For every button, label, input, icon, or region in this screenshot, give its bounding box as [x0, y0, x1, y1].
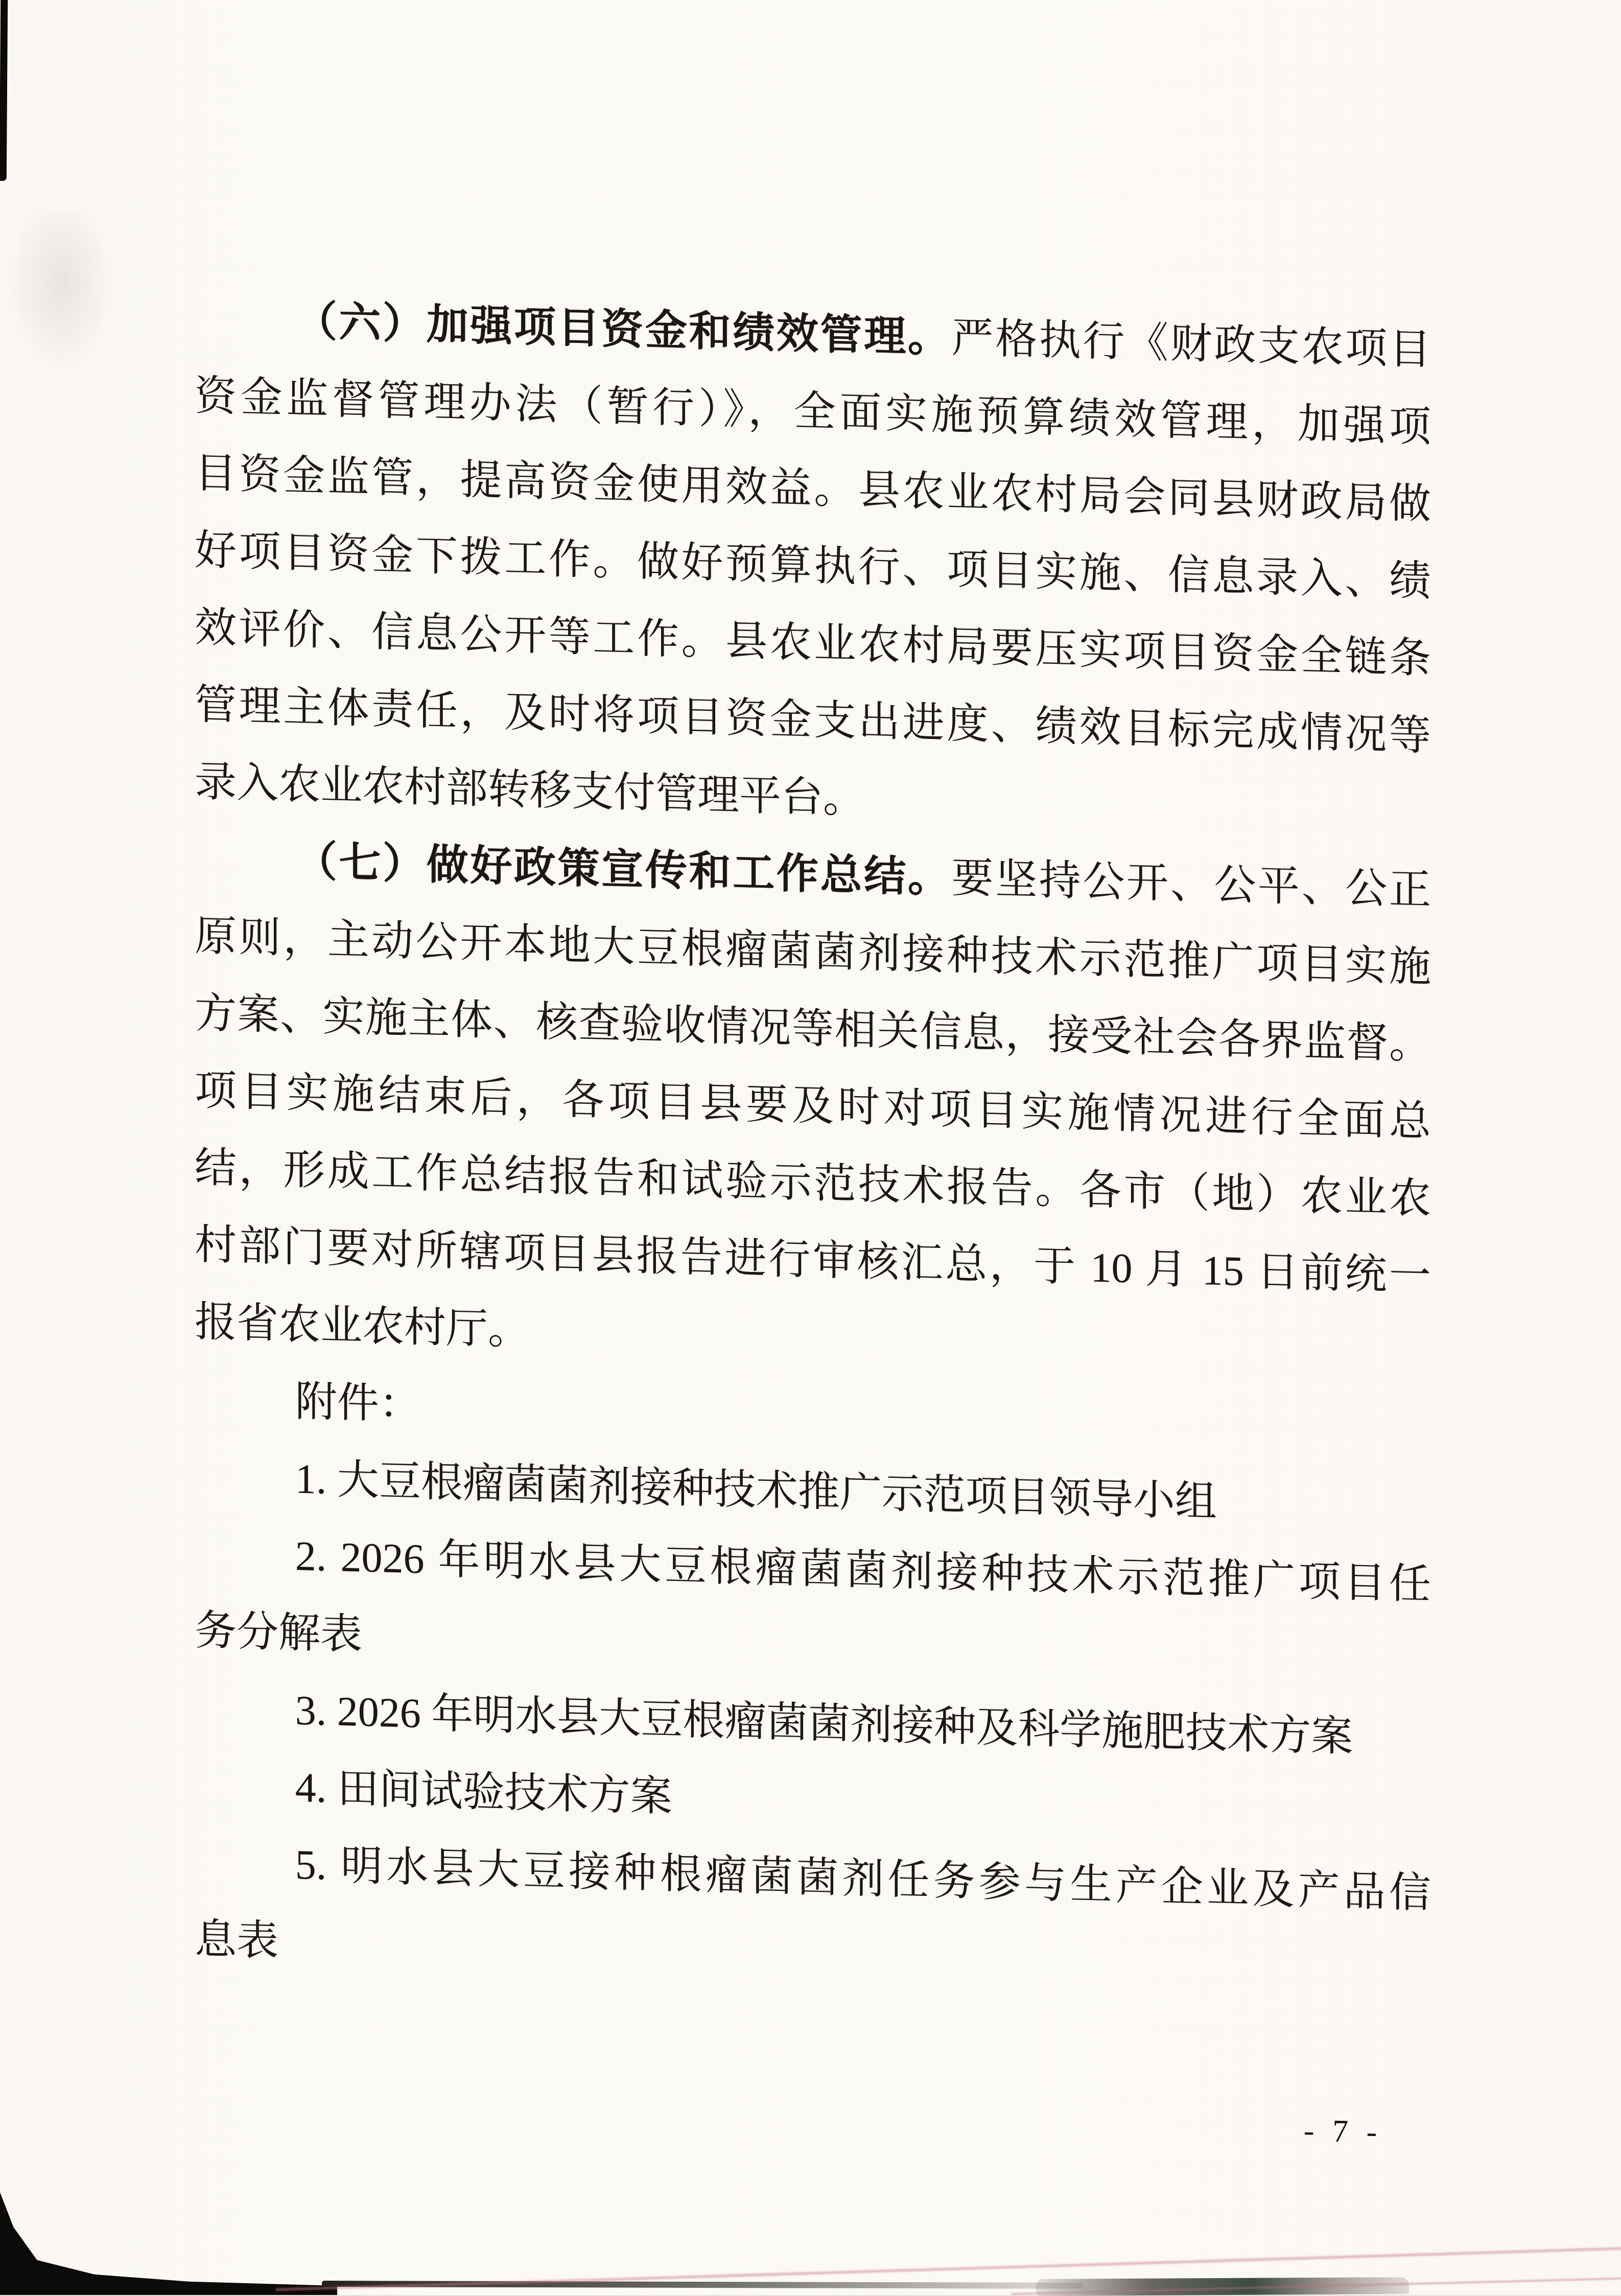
scan-artifact-bottom-smudge: [1036, 2277, 1409, 2295]
body-text: 附件：: [295, 1378, 421, 1428]
body-text: 严格执行《财政支农项目: [952, 315, 1431, 374]
body-text: 2. 2026 年明水县大豆根瘤菌菌剂接种技术示范推广项目任: [295, 1533, 1431, 1608]
scan-artifact-bottom-left-shadow: [0, 2192, 337, 2295]
scan-artifact-pink-line-lower: [1012, 2277, 1621, 2295]
para-publicity-summary: （七）做好政策宣传和工作总结。要坚持公开、公平、公正原则，主动公开本地大豆根瘤菌…: [195, 820, 1431, 1391]
body-text: 5. 明水县大豆接种根瘤菌菌剂任务参与生产企业及产品信: [295, 1841, 1431, 1916]
body-text: 息表: [195, 1916, 278, 1964]
para-attachments-list: 1. 大豆根瘤菌菌剂接种技术推广示范项目领导小组2. 2026 年明水县大豆根瘤…: [195, 1437, 1431, 2009]
scan-artifact-bottom-edge-line: [322, 2281, 1083, 2289]
body-text: 报省农业农村厅。: [195, 1298, 530, 1354]
body-text: 务分解表: [195, 1607, 362, 1658]
body-text: 1. 大豆根瘤菌菌剂接种技术推广示范项目领导小组: [295, 1455, 1217, 1525]
scan-artifact-top-left-smudge: [8, 210, 115, 373]
page-number: - 7 -: [1303, 2113, 1382, 2150]
heading-text: （六）加强项目资金和绩效管理。: [295, 298, 952, 361]
scanned-document-page: （六）加强项目资金和绩效管理。严格执行《财政支农项目资金监督管理办法（暂行）》，…: [0, 0, 1621, 2295]
para-strengthen-funds: （六）加强项目资金和绩效管理。严格执行《财政支农项目资金监督管理办法（暂行）》，…: [195, 280, 1431, 851]
scan-artifact-top-left-bar: [0, 0, 8, 181]
body-text: 要坚持公开、公平、公正: [952, 855, 1431, 914]
body-text: 3. 2026 年明水县大豆根瘤菌菌剂接种及科学施肥技术方案: [295, 1687, 1353, 1760]
document-body: （六）加强项目资金和绩效管理。严格执行《财政支农项目资金监督管理办法（暂行）》，…: [195, 280, 1431, 2009]
scan-artifact-pink-line-upper: [276, 2246, 1621, 2291]
body-text: 录入农业农村部转移支付管理平台。: [195, 758, 865, 822]
body-text: 4. 田间试验技术方案: [295, 1764, 672, 1820]
heading-text: （七）做好政策宣传和工作总结。: [295, 838, 952, 901]
